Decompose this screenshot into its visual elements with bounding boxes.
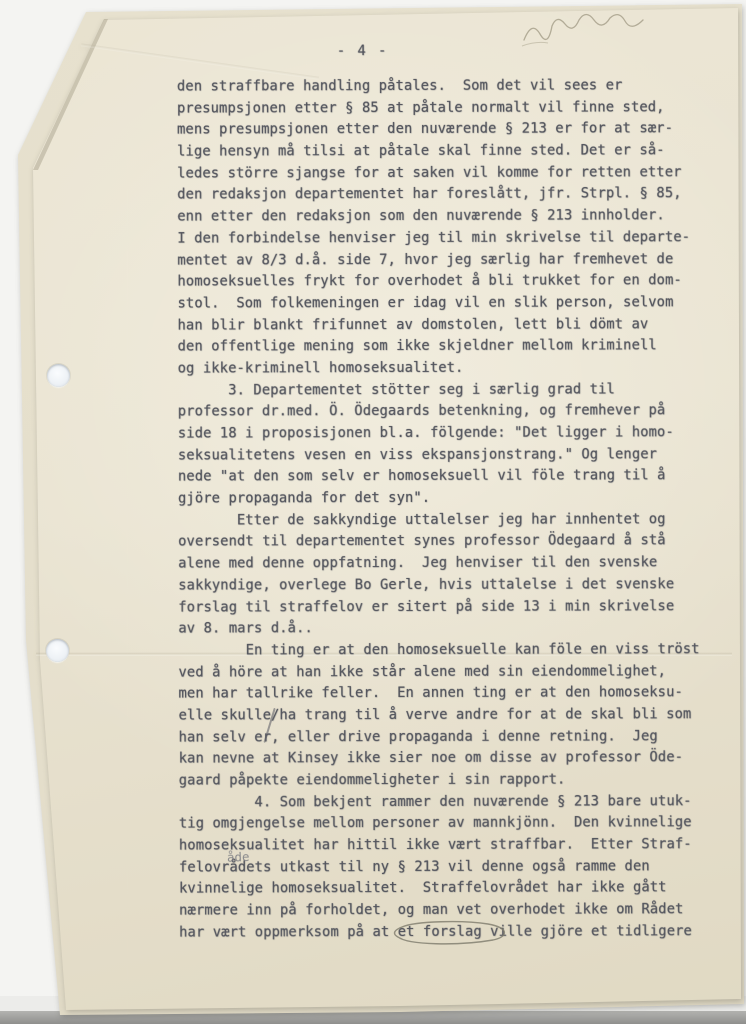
text-line: forslag til straffelov er sitert på side… <box>178 596 718 619</box>
text-line: professor dr.med. Ö. Ödegaards betenknin… <box>178 400 718 423</box>
text-line: og ikke-kriminell homoseksualitet. <box>178 357 718 380</box>
text-line: den redaksjon departementet har foreslåt… <box>177 184 717 207</box>
text-line: ledes större sjangse for at saken vil ko… <box>177 162 717 185</box>
text-line: men har tallrike feller. En annen ting e… <box>178 682 718 705</box>
overtype-correction-text: åde <box>227 849 250 865</box>
text-line: I den forbindelse henviser jeg til min s… <box>177 227 717 250</box>
text-line: kvinnelige homoseksualitet. Straffelovrå… <box>179 878 719 901</box>
text-line: den offentlige mening som ikke skjeldner… <box>178 335 718 358</box>
text-line: stol. Som folkemeningen er idag vil en s… <box>177 292 717 315</box>
scanned-document-page: - 4 - den straffbare handling påtales. S… <box>0 0 746 1024</box>
text-line: den straffbare handling påtales. Som det… <box>177 75 717 98</box>
text-line: side 18 i proposisjonen bl.a. fölgende: … <box>178 422 718 445</box>
pencil-oval-annotation <box>388 915 518 951</box>
punch-hole-top <box>47 364 70 387</box>
text-line: alene med denne oppfatning. Jeg henviser… <box>178 552 718 575</box>
text-line: En ting er at den homoseksuelle kan föle… <box>178 639 718 662</box>
text-line: nede "at den som selv er homoseksuell vi… <box>178 466 718 489</box>
page-number: - 4 - <box>337 43 389 59</box>
text-line: han selv er, eller drive propaganda i de… <box>179 726 719 749</box>
text-line: gaard påpekte eiendommeligheter i sin ra… <box>179 769 719 792</box>
punch-hole-bottom <box>46 639 69 662</box>
text-line: mentet av 8/3 d.å. side 7, hvor jeg særl… <box>177 249 717 272</box>
text-line: presumpsjonen etter § 85 at påtale norma… <box>177 97 717 120</box>
text-line: elle skulle/ha trang til å verve andre f… <box>179 704 719 727</box>
text-line: homoseksuelles frykt for overhodet å bli… <box>177 270 717 293</box>
body-text: den straffbare handling påtales. Som det… <box>177 75 719 944</box>
text-line: homoseksualitet har hittil ikke vært str… <box>179 834 719 857</box>
typewritten-content: - 4 - den straffbare handling påtales. S… <box>0 0 746 1024</box>
text-line: tig omgjengelse mellom personer av mannk… <box>179 813 719 836</box>
text-line: gjöre propaganda for det syn". <box>178 487 718 510</box>
text-line: Etter de sakkyndige uttalelser jeg har i… <box>178 509 718 532</box>
text-line: ved å höre at han ikke står alene med si… <box>178 661 718 684</box>
pencil-scribble <box>520 10 670 52</box>
text-line: oversendt til departementet synes profes… <box>178 531 718 554</box>
text-line: sakkyndige, overlege Bo Gerle, hvis utta… <box>178 574 718 597</box>
text-line: enn etter den redaksjon som den nuværend… <box>177 205 717 228</box>
text-line: kan nevne at Kinsey ikke sier noe om dis… <box>179 747 719 770</box>
text-line: seksualitetens vesen en viss ekspansjons… <box>178 444 718 467</box>
text-line: mens presumpsjonen etter den nuværende §… <box>177 119 717 142</box>
text-line: 3. Departementet stötter seg i særlig gr… <box>178 379 718 402</box>
text-line: felovrådets utkast til ny § 213 vil denn… <box>179 856 719 879</box>
text-line: 4. Som bekjent rammer den nuværende § 21… <box>179 791 719 814</box>
text-line: lige hensyn må tilsi at påtale skal finn… <box>177 140 717 163</box>
text-line: han blir blankt frifunnet av domstolen, … <box>178 314 718 337</box>
text-line: av 8. mars d.å.. <box>178 617 718 640</box>
